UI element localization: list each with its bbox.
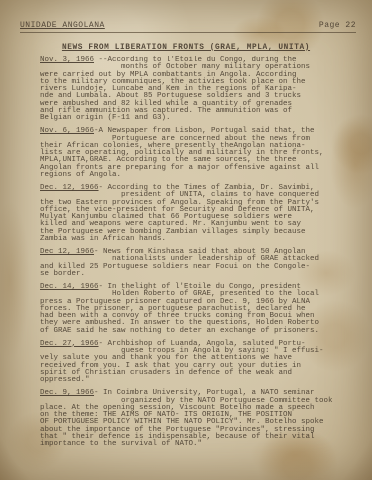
news-entry: Dec. 9, 1966- In Coimbra University, Por… (40, 390, 344, 448)
entry-text: - According to the Times of Zambia, Dr. … (40, 184, 319, 243)
document-title-header: UNIDADE ANGOLANA (20, 21, 105, 30)
entry-text: -A Newspaper from Lisbon, Portugal said … (40, 127, 324, 179)
document-body: Nov. 3, 1966 --According to l'Etoile du … (40, 57, 344, 454)
news-entry: Dec 12, 1966- News from Kinshasa said th… (40, 249, 344, 278)
section-title: NEWS FROM LIBERATION FRONTS (GRAE, MPLA,… (0, 44, 372, 52)
entry-text: - Archbishop of Luanda, Angola, saluted … (40, 340, 324, 384)
page-header: UNIDADE ANGOLANA Page 22 (20, 21, 356, 33)
news-entry: Nov. 3, 1966 --According to l'Etoile du … (40, 57, 344, 122)
news-entry: Nov. 6, 1966-A Newspaper from Lisbon, Po… (40, 128, 344, 179)
page-number: Page 22 (319, 21, 356, 30)
paper-stain (0, 200, 30, 360)
scanned-document-page: UNIDADE ANGOLANA Page 22 NEWS FROM LIBER… (0, 0, 372, 480)
news-entry: Dec. 12, 1966- According to the Times of… (40, 185, 344, 243)
entry-text: --According to l'Etoile du Congo, during… (40, 56, 310, 122)
entry-text: - In thelight of l'Etoile du Congo, pres… (40, 283, 319, 335)
news-entry: Dec. 27, 1966- Archbishop of Luanda, Ang… (40, 341, 344, 385)
entry-text: - In Coimbra University, Portugal, a NAT… (40, 389, 333, 448)
news-entry: Dec. 14, 1966- In thelight of l'Etoile d… (40, 284, 344, 335)
